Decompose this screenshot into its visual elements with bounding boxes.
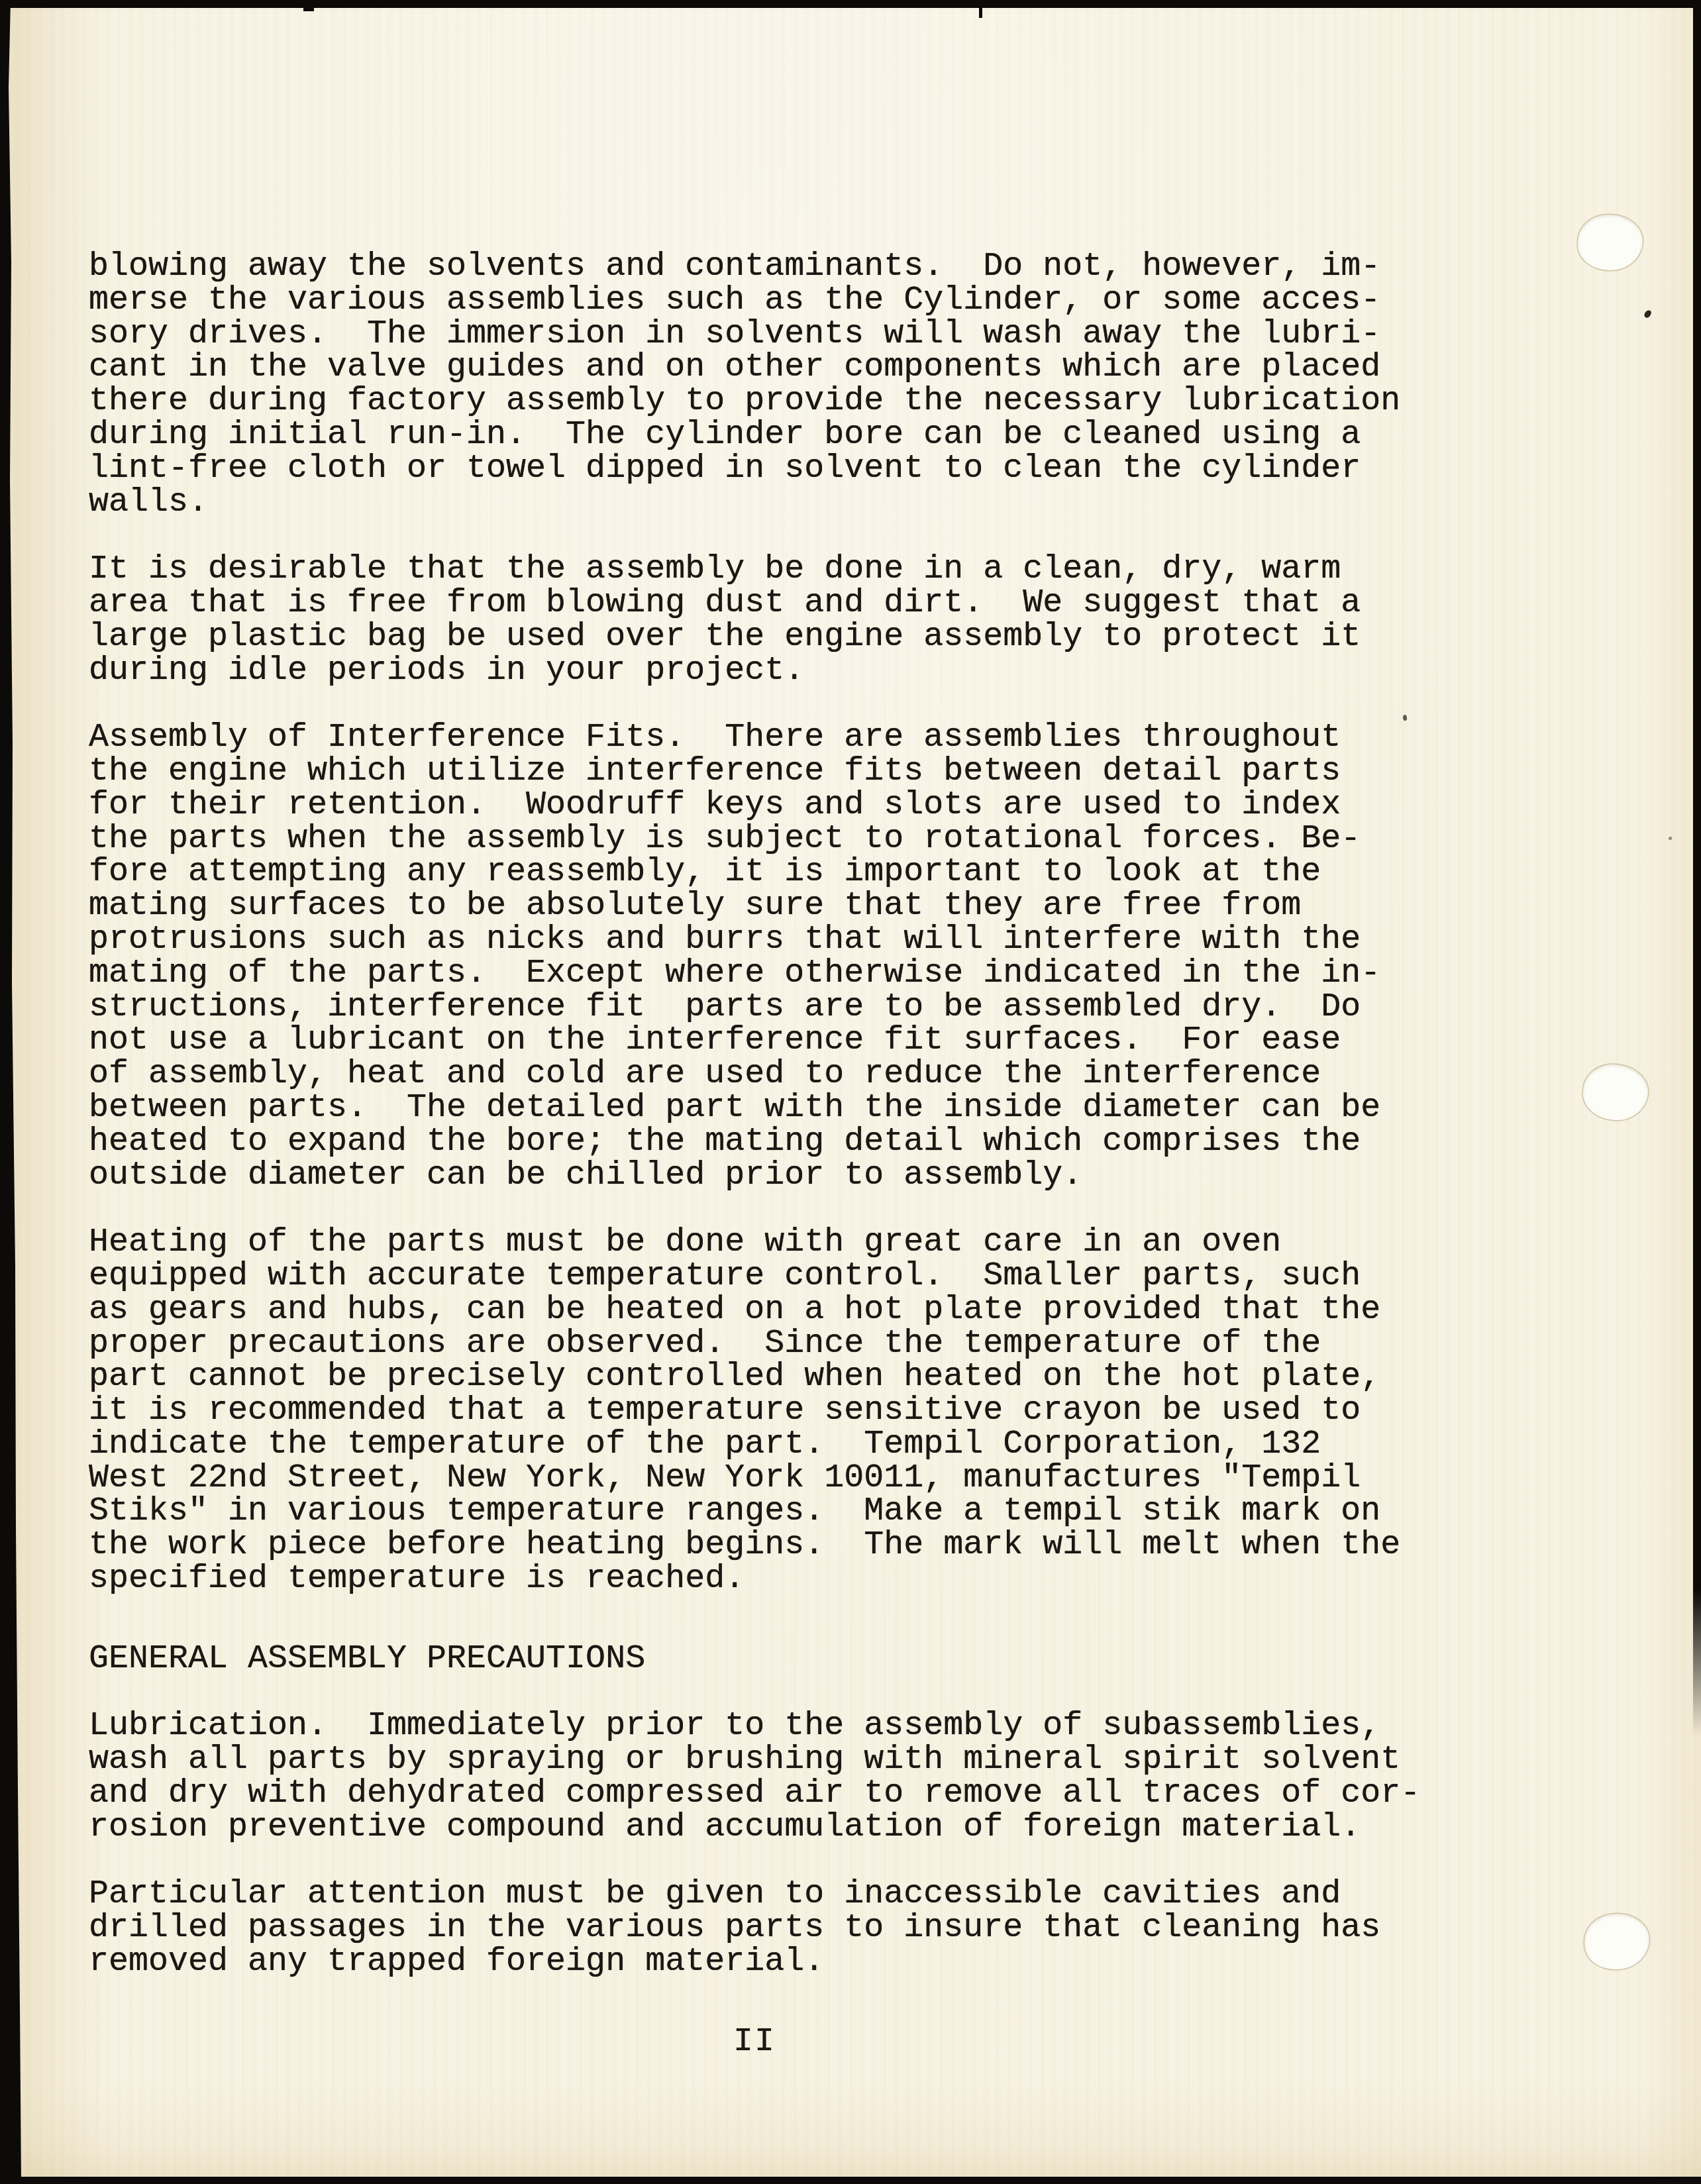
text-line: between parts. The detailed part with th…: [89, 1092, 1420, 1125]
scan-border-top: [0, 0, 1701, 8]
section-heading: GENERAL ASSEMBLY PRECAUTIONS: [89, 1643, 1420, 1677]
text-line: wash all parts by spraying or brushing w…: [89, 1743, 1420, 1777]
scan-edge-tick: [979, 7, 982, 18]
ink-speck: [1669, 837, 1672, 840]
text-line: during idle periods in your project.: [89, 654, 1420, 688]
text-line: indicate the temperature of the part. Te…: [89, 1428, 1420, 1462]
text-line: the engine which utilize interference fi…: [89, 755, 1420, 789]
text-line: West 22nd Street, New York, New York 100…: [89, 1462, 1420, 1496]
scan-border-bottom: [0, 2177, 1701, 2184]
text-line: it is recommended that a temperature sen…: [89, 1394, 1420, 1428]
scan-border-right: [1693, 0, 1701, 1749]
paragraph: It is desirable that the assembly be don…: [89, 553, 1420, 688]
text-line: Assembly of Interference Fits. There are…: [89, 721, 1420, 755]
text-line: and dry with dehydrated compressed air t…: [89, 1777, 1420, 1811]
text-line: specified temperature is reached.: [89, 1563, 1420, 1596]
text-line: merse the various assemblies such as the…: [89, 284, 1420, 318]
text-line: protrusions such as nicks and burrs that…: [89, 923, 1420, 957]
text-line: cant in the valve guides and on other co…: [89, 351, 1420, 385]
text-line: lint-free cloth or towel dipped in solve…: [89, 452, 1420, 486]
paragraph: Heating of the parts must be done with g…: [89, 1226, 1420, 1596]
text-line: as gears and hubs, can be heated on a ho…: [89, 1294, 1420, 1327]
text-line: Lubrication. Immediately prior to the as…: [89, 1710, 1420, 1743]
page-footer: II: [89, 1979, 1420, 2059]
paragraph: Lubrication. Immediately prior to the as…: [89, 1710, 1420, 1844]
ink-speck: [1643, 309, 1652, 319]
page-number: II: [89, 2026, 1420, 2059]
text-line: large plastic bag be used over the engin…: [89, 621, 1420, 654]
paragraph: Particular attention must be given to in…: [89, 1878, 1420, 1979]
text-line: mating surfaces to be absolutely sure th…: [89, 890, 1420, 923]
punch-hole: [1578, 215, 1643, 270]
text-line: GENERAL ASSEMBLY PRECAUTIONS: [89, 1643, 1420, 1677]
text-line: there during factory assembly to provide…: [89, 385, 1420, 419]
text-line: blowing away the solvents and contaminan…: [89, 250, 1420, 284]
text-column: blowing away the solvents and contaminan…: [89, 250, 1420, 1979]
text-line: Particular attention must be given to in…: [89, 1878, 1420, 1912]
paragraph: blowing away the solvents and contaminan…: [89, 250, 1420, 519]
text-line: outside diameter can be chilled prior to…: [89, 1159, 1420, 1193]
punch-hole: [1582, 1912, 1651, 1972]
scan-border-left: [0, 0, 23, 2184]
text-line: of assembly, heat and cold are used to r…: [89, 1058, 1420, 1092]
text-line: walls.: [89, 486, 1420, 520]
text-line: removed any trapped foreign material.: [89, 1946, 1420, 1979]
punch-hole: [1580, 1061, 1651, 1123]
text-line: the parts when the assembly is subject t…: [89, 823, 1420, 857]
text-line: Stiks" in various temperature ranges. Ma…: [89, 1495, 1420, 1529]
text-line: Heating of the parts must be done with g…: [89, 1226, 1420, 1260]
scanned-document-page: blowing away the solvents and contaminan…: [0, 0, 1701, 2184]
text-line: proper precautions are observed. Since t…: [89, 1327, 1420, 1361]
text-line: drilled passages in the various parts to…: [89, 1912, 1420, 1946]
text-line: structions, interference fit parts are t…: [89, 991, 1420, 1025]
text-line: area that is free from blowing dust and …: [89, 587, 1420, 621]
text-line: rosion preventive compound and accumulat…: [89, 1811, 1420, 1845]
text-line: the work piece before heating begins. Th…: [89, 1529, 1420, 1563]
text-line: not use a lubricant on the interference …: [89, 1024, 1420, 1058]
text-line: It is desirable that the assembly be don…: [89, 553, 1420, 587]
text-line: sory drives. The immersion in solvents w…: [89, 318, 1420, 352]
paragraph: Assembly of Interference Fits. There are…: [89, 721, 1420, 1192]
text-line: during initial run-in. The cylinder bore…: [89, 419, 1420, 452]
text-line: fore attempting any reassembly, it is im…: [89, 856, 1420, 890]
text-line: mating of the parts. Except where otherw…: [89, 957, 1420, 991]
text-line: part cannot be precisely controlled when…: [89, 1361, 1420, 1394]
scan-edge-nub: [303, 7, 314, 11]
text-line: heated to expand the bore; the mating de…: [89, 1125, 1420, 1159]
text-line: equipped with accurate temperature contr…: [89, 1260, 1420, 1294]
text-line: for their retention. Woodruff keys and s…: [89, 789, 1420, 823]
